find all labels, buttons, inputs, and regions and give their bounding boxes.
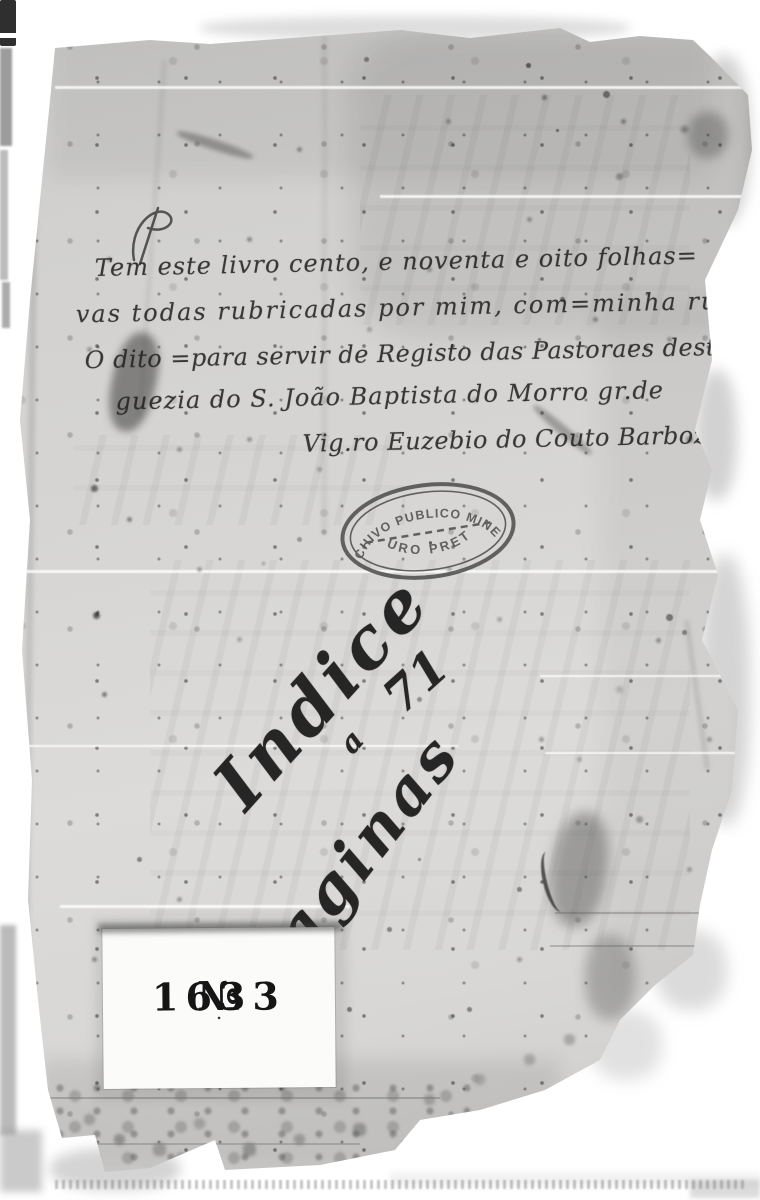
- water-stain: [585, 935, 635, 1020]
- scanned-document-canvas: Tem este livro cento, e noventa e oito f…: [0, 0, 760, 1200]
- catalog-number-label: № . 1633: [102, 927, 335, 1089]
- handwritten-note: Tem este livro cento, e noventa e oito f…: [0, 0, 760, 268]
- binding-mark: [2, 282, 10, 328]
- fold-line: [545, 752, 760, 754]
- handwritten-line: O dito =para servir de Registo das Pasto…: [84, 331, 760, 374]
- scan-artifact-marks: [690, 1180, 760, 1198]
- binding-mark: [0, 925, 16, 1135]
- binding-mark: [0, 0, 16, 46]
- binding-gap: [0, 33, 26, 38]
- paper-fragment: [0, 1130, 42, 1192]
- handwritten-line: guezia do S. João Baptista do Morro gr.d…: [115, 376, 664, 415]
- handwritten-signature: Vig.ro Euzebio do Couto Barboza: [302, 421, 722, 458]
- crease-line: [21, 140, 38, 1090]
- binding-mark: [0, 150, 8, 280]
- catalog-number: 1633: [152, 973, 286, 1019]
- binding-mark: [0, 48, 12, 146]
